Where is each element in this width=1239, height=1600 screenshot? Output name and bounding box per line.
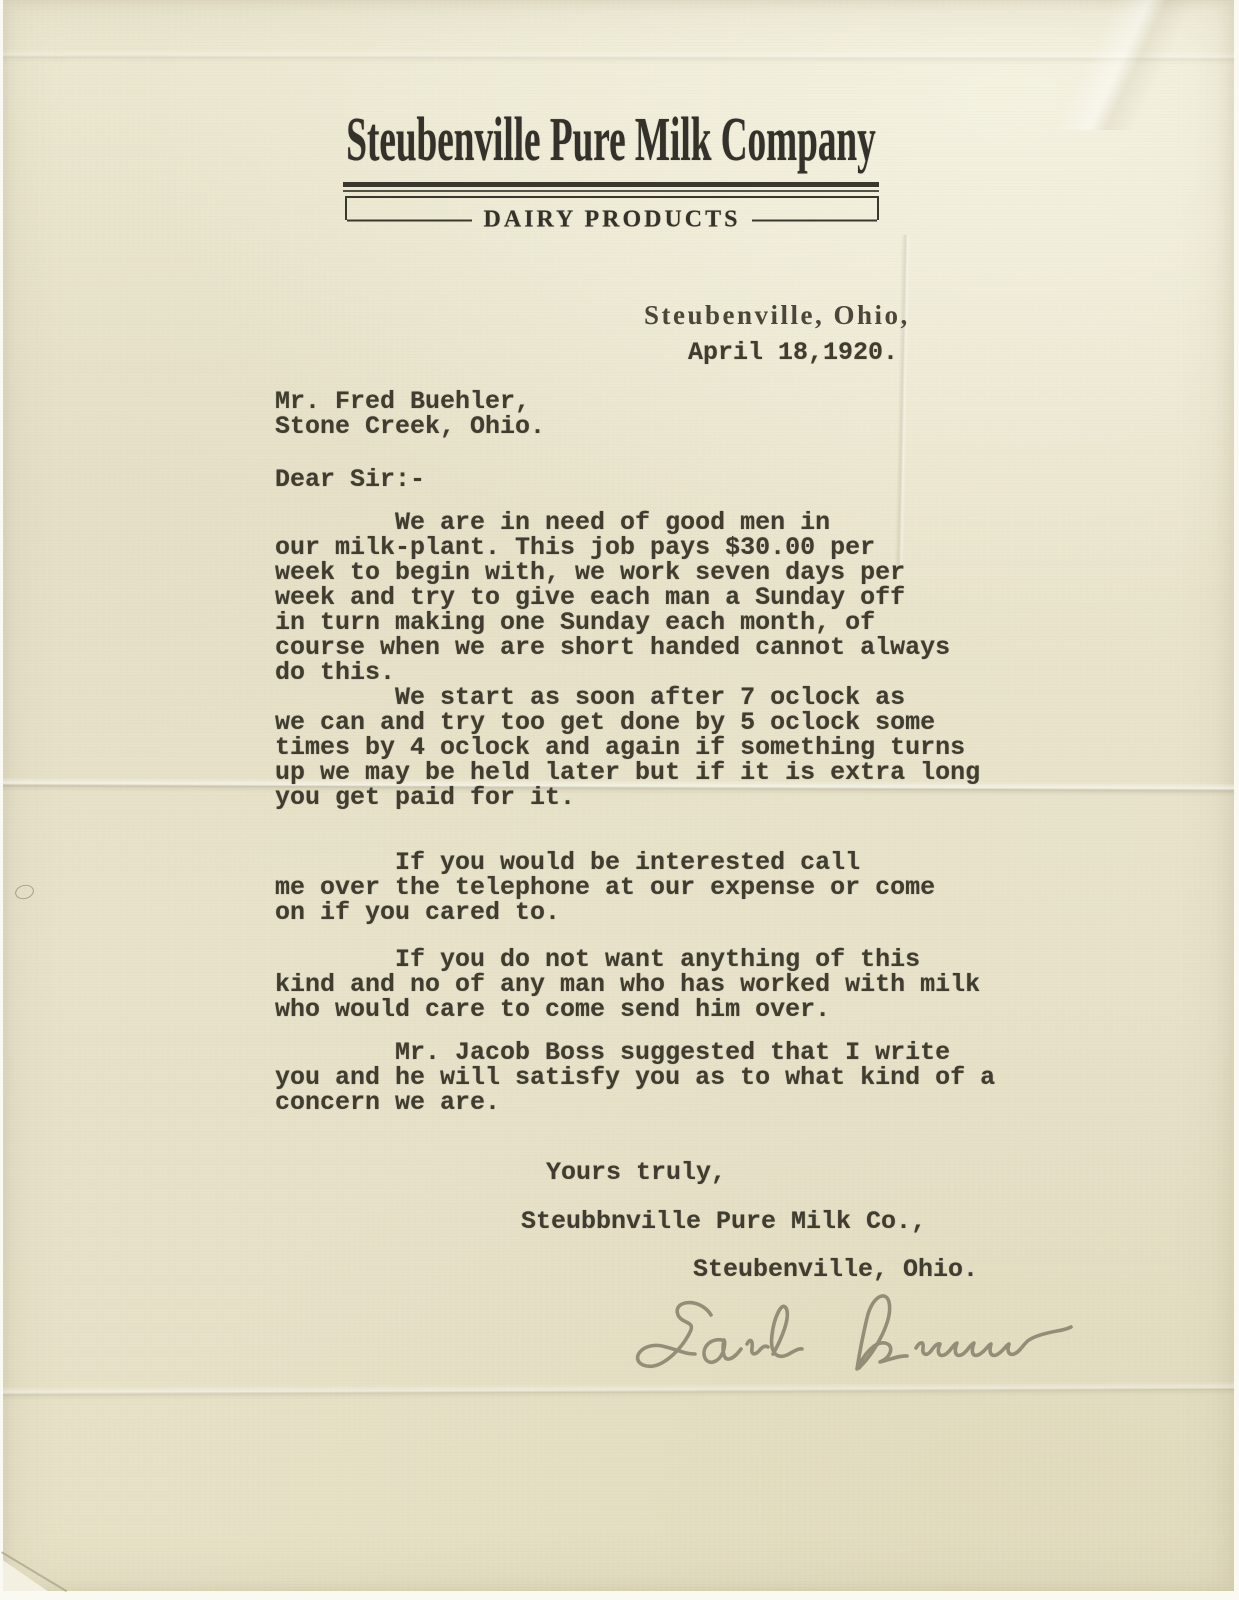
body-paragraph-main: We are in need of good men in our milk-p… <box>275 510 980 810</box>
tagline-line-left <box>347 219 472 221</box>
signature <box>615 1288 1077 1403</box>
closing-valediction: Yours truly, <box>546 1160 726 1185</box>
closing-company: Steubbnville Pure Milk Co., <box>521 1209 926 1234</box>
body-paragraph-reference: Mr. Jacob Boss suggested that I write yo… <box>275 1040 995 1115</box>
salutation: Dear Sir:- <box>275 467 425 492</box>
dateline-date: April 18,1920. <box>688 340 898 365</box>
fold-crease-top <box>3 49 1234 65</box>
tagline-text: DAIRY PRODUCTS <box>484 207 741 234</box>
body-paragraph-interest: If you would be interested call me over … <box>275 850 935 925</box>
dateline-place: Steubenville, Ohio, <box>644 300 910 331</box>
pencil-mark <box>14 883 36 901</box>
recipient-address: Mr. Fred Buehler, Stone Creek, Ohio. <box>275 389 545 439</box>
paper: Steubenville Pure Milk Company DAIRY PRO… <box>3 0 1234 1591</box>
letterhead-rule-thick <box>343 182 879 187</box>
body-paragraph-decline: If you do not want anything of this kind… <box>275 947 980 1022</box>
tagline-box: DAIRY PRODUCTS <box>345 196 879 220</box>
tagline-row: DAIRY PRODUCTS <box>347 207 877 234</box>
letterhead-rule-thin <box>343 190 879 192</box>
corner-crease <box>1004 0 1234 130</box>
dogear-corner <box>3 1547 75 1591</box>
page-background: { "letterhead": { "company_name": "Steub… <box>0 0 1239 1600</box>
closing-place: Steubenville, Ohio. <box>693 1257 978 1282</box>
tagline-line-right <box>752 219 877 221</box>
company-name: Steubenville Pure Milk Company <box>346 108 875 172</box>
